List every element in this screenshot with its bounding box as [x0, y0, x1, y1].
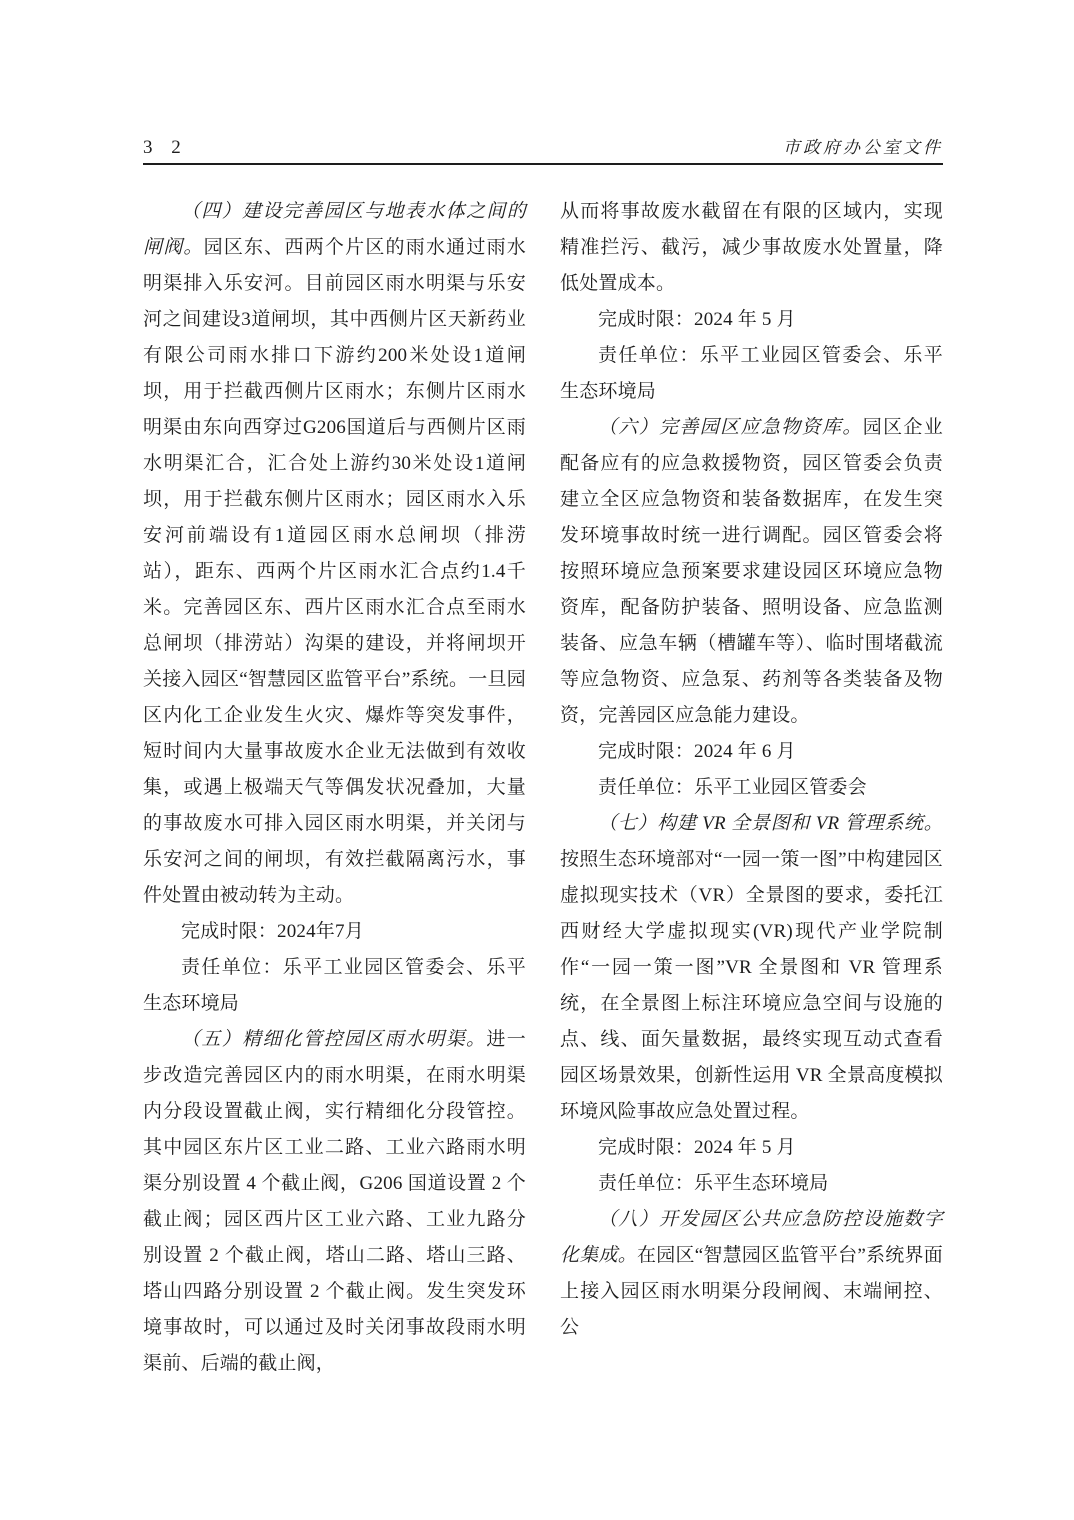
section-heading: （六）完善园区应急物资库。 — [598, 417, 863, 438]
paragraph: （七）构建 VR 全景图和 VR 管理系统。按照生态环境部对“一园一策一图”中构… — [560, 806, 943, 1130]
paragraph: 完成时限：2024 年 5 月 — [560, 1130, 943, 1166]
body-text: 完成时限：2024年7月 — [181, 921, 364, 942]
paragraph: 责任单位：乐平生态环境局 — [560, 1166, 943, 1202]
body-text: 责任单位：乐平生态环境局 — [598, 1173, 828, 1194]
paragraph: 完成时限：2024年7月 — [143, 914, 526, 950]
body-text: 园区东、西两个片区的雨水通过雨水明渠排入乐安河。目前园区雨水明渠与乐安河之间建设… — [143, 237, 526, 906]
paragraph: （四）建设完善园区与地表水体之间的闸阀。园区东、西两个片区的雨水通过雨水明渠排入… — [143, 194, 526, 914]
body-text: 按照生态环境部对“一园一策一图”中构建园区虚拟现实技术（VR）全景图的要求，委托… — [560, 849, 943, 1122]
body-text: 从而将事故废水截留在有限的区域内，实现精准拦污、截污，减少事故废水处置量，降低处… — [560, 201, 943, 294]
document-page: 3 2 市政府办公室文件 （四）建设完善园区与地表水体之间的闸阀。园区东、西两个… — [0, 0, 1074, 1520]
left-column: （四）建设完善园区与地表水体之间的闸阀。园区东、西两个片区的雨水通过雨水明渠排入… — [143, 194, 526, 1382]
paragraph: （五）精细化管控园区雨水明渠。进一步改造完善园区内的雨水明渠，在雨水明渠内分段设… — [143, 1022, 526, 1382]
document-body: （四）建设完善园区与地表水体之间的闸阀。园区东、西两个片区的雨水通过雨水明渠排入… — [143, 194, 943, 1382]
body-text: 园区企业配备应有的应急救援物资，园区管委会负责建立全区应急物资和装备数据库，在发… — [560, 417, 943, 726]
right-column: 从而将事故废水截留在有限的区域内，实现精准拦污、截污，减少事故废水处置量，降低处… — [560, 194, 943, 1382]
paragraph: 责任单位：乐平工业园区管委会 — [560, 770, 943, 806]
paragraph: 责任单位：乐平工业园区管委会、乐平生态环境局 — [560, 338, 943, 410]
paragraph: （八）开发园区公共应急防控设施数字化集成。在园区“智慧园区监管平台”系统界面上接… — [560, 1202, 943, 1346]
paragraph: （六）完善园区应急物资库。园区企业配备应有的应急救援物资，园区管委会负责建立全区… — [560, 410, 943, 734]
section-heading: （七）构建 VR 全景图和 VR 管理系统。 — [598, 813, 943, 834]
paragraph: 责任单位：乐平工业园区管委会、乐平生态环境局 — [143, 950, 526, 1022]
header-doc-label: 市政府办公室文件 — [783, 136, 943, 160]
body-text: 责任单位：乐平工业园区管委会 — [598, 777, 867, 798]
body-text: 完成时限：2024 年 5 月 — [598, 309, 796, 330]
body-text: 责任单位：乐平工业园区管委会、乐平生态环境局 — [143, 957, 526, 1014]
page-header: 3 2 市政府办公室文件 — [143, 136, 943, 160]
header-rule — [143, 163, 943, 165]
body-text: 完成时限：2024 年 6 月 — [598, 741, 796, 762]
paragraph: 完成时限：2024 年 6 月 — [560, 734, 943, 770]
body-text: 完成时限：2024 年 5 月 — [598, 1137, 796, 1158]
section-heading: （五）精细化管控园区雨水明渠。 — [181, 1029, 486, 1050]
paragraph: 从而将事故废水截留在有限的区域内，实现精准拦污、截污，减少事故废水处置量，降低处… — [560, 194, 943, 302]
body-text: 责任单位：乐平工业园区管委会、乐平生态环境局 — [560, 345, 943, 402]
paragraph: 完成时限：2024 年 5 月 — [560, 302, 943, 338]
page-number: 3 2 — [143, 136, 188, 160]
body-text: 进一步改造完善园区内的雨水明渠，在雨水明渠内分段设置截止阀，实行精细化分段管控。… — [143, 1029, 526, 1374]
